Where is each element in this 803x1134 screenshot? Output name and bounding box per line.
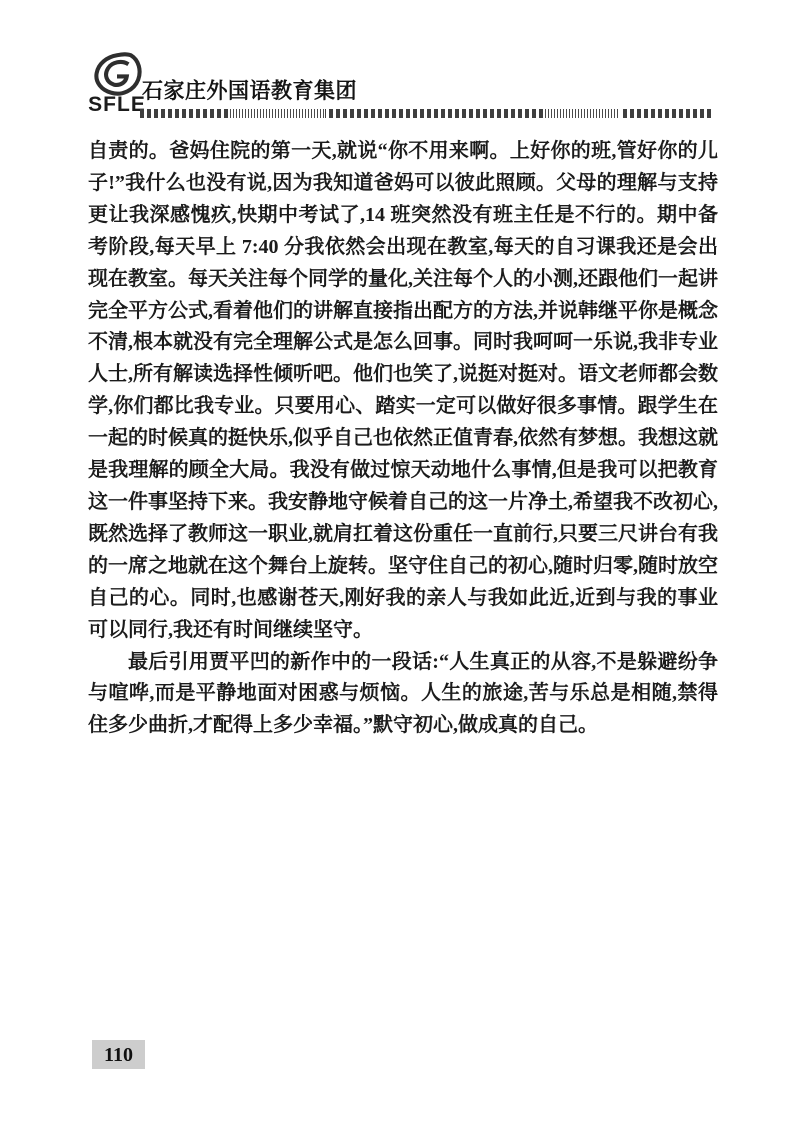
- header-rule-fine-segment: [545, 109, 620, 118]
- page-number: 110: [104, 1045, 133, 1065]
- logo-acronym-text: SFLE: [86, 94, 148, 115]
- paragraph: 自责的。爸妈住院的第一天,就说“你不用来啊。上好你的班,管好你的儿子!”我什么也…: [88, 136, 718, 647]
- scanned-book-page: SFLE 石家庄外国语教育集团 自责的。爸妈住院的第一天,就说“你不用来啊。上好…: [0, 0, 803, 1134]
- page-number-badge: 110: [92, 1040, 145, 1069]
- header-rule-fine-segment: [230, 109, 325, 118]
- paragraph: 最后引用贾平凹的新作中的一段话:“人生真正的从容,不是躲避纷争与喧哗,而是平静地…: [88, 647, 718, 743]
- header-dashed-rule: [140, 109, 712, 118]
- sfle-logo: SFLE: [86, 52, 148, 115]
- org-name-title: 石家庄外国语教育集团: [142, 79, 357, 105]
- page-body-text: 自责的。爸妈住院的第一天,就说“你不用来啊。上好你的班,管好你的儿子!”我什么也…: [88, 136, 718, 742]
- sfle-swirl-logo-icon: [89, 52, 145, 96]
